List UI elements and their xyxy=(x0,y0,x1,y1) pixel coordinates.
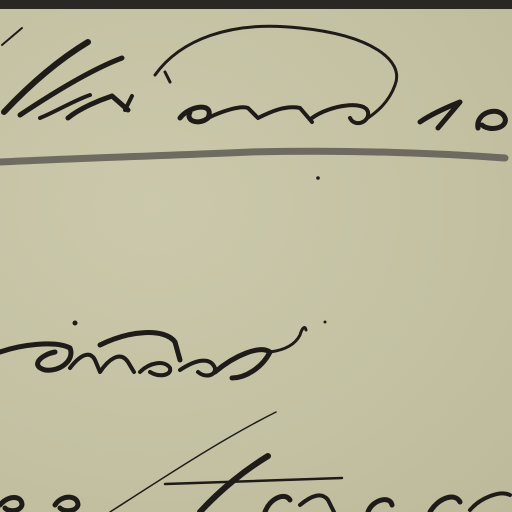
handwritten-line-3 xyxy=(0,412,510,512)
ink-dot xyxy=(316,176,320,180)
pencil-underline xyxy=(0,151,505,162)
handwritten-line-1 xyxy=(2,26,505,128)
handwriting-strokes xyxy=(0,0,512,512)
handwritten-line-2 xyxy=(0,321,327,379)
